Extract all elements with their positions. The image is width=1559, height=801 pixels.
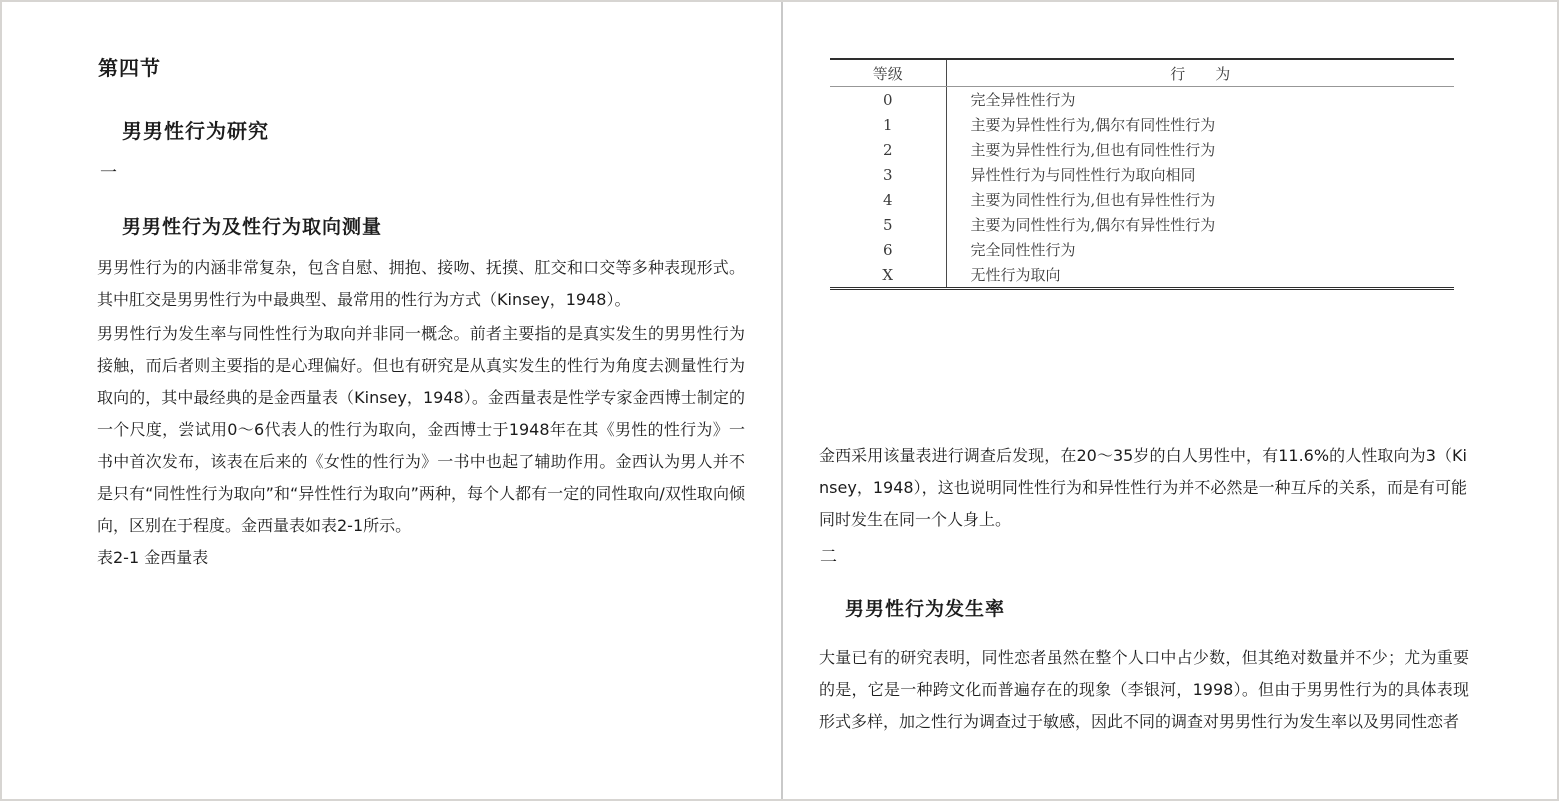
table-row: 5 主要为同性性行为,偶尔有异性性行为: [830, 212, 1454, 237]
behavior-cell: 无性行为取向: [946, 262, 1454, 289]
table-row: 1 主要为异性性行为,偶尔有同性性行为: [830, 112, 1454, 137]
table-row: 2 主要为异性性行为,但也有同性性行为: [830, 137, 1454, 162]
behavior-cell: 主要为同性性行为,但也有异性性行为: [946, 187, 1454, 212]
table-row: X 无性行为取向: [830, 262, 1454, 289]
grade-cell: 4: [830, 187, 946, 212]
paragraph-definition: 男男性行为的内涵非常复杂，包含自慰、拥抱、接吻、抚摸、肛交和口交等多种表现形式。…: [97, 252, 745, 316]
table-row: 4 主要为同性性行为,但也有异性性行为: [830, 187, 1454, 212]
table-row: 0 完全异性性行为: [830, 87, 1454, 113]
chapter-title: 男男性行为研究: [122, 115, 269, 144]
behavior-cell: 主要为同性性行为,偶尔有异性性行为: [946, 212, 1454, 237]
grade-cell: 3: [830, 162, 946, 187]
grade-cell: X: [830, 262, 946, 289]
subsection-two-number: 二: [820, 542, 837, 567]
grade-cell: 1: [830, 112, 946, 137]
paragraph-kinsey-scale: 男男性行为发生率与同性性行为取向并非同一概念。前者主要指的是真实发生的男男性行为…: [97, 318, 745, 542]
section-label: 第四节: [98, 52, 161, 81]
table-header-behavior: 行 为: [946, 59, 1454, 87]
behavior-cell: 主要为异性性行为,偶尔有同性性行为: [946, 112, 1454, 137]
table-caption: 表2-1 金西量表: [97, 546, 208, 570]
grade-cell: 2: [830, 137, 946, 162]
behavior-cell: 主要为异性性行为,但也有同性性行为: [946, 137, 1454, 162]
grade-cell: 0: [830, 87, 946, 113]
paragraph-incidence: 大量已有的研究表明，同性恋者虽然在整个人口中占少数，但其绝对数量并不少；尤为重要…: [819, 642, 1469, 738]
subsection-two-title: 男男性行为发生率: [845, 594, 1005, 621]
subsection-one-title: 男男性行为及性行为取向测量: [122, 212, 382, 239]
behavior-cell: 完全异性性行为: [946, 87, 1454, 113]
page-left: 第四节 男男性行为研究 一 男男性行为及性行为取向测量 男男性行为的内涵非常复杂…: [2, 2, 781, 799]
grade-cell: 6: [830, 237, 946, 262]
document-viewer: 第四节 男男性行为研究 一 男男性行为及性行为取向测量 男男性行为的内涵非常复杂…: [0, 0, 1559, 801]
behavior-cell: 完全同性性行为: [946, 237, 1454, 262]
behavior-cell: 异性性行为与同性性行为取向相同: [946, 162, 1454, 187]
table-row: 3 异性性行为与同性性行为取向相同: [830, 162, 1454, 187]
subsection-one-number: 一: [100, 158, 117, 183]
table-header-grade: 等级: [830, 59, 946, 87]
kinsey-scale-table: 等级 行 为 0 完全异性性行为 1 主要为异性性行为,偶尔有同性性行为 2 主…: [830, 58, 1454, 290]
grade-cell: 5: [830, 212, 946, 237]
table-header-row: 等级 行 为: [830, 59, 1454, 87]
table-row: 6 完全同性性行为: [830, 237, 1454, 262]
paragraph-kinsey-findings: 金西采用该量表进行调查后发现，在20～35岁的白人男性中，有11.6%的人性取向…: [819, 440, 1467, 536]
page-right: 等级 行 为 0 完全异性性行为 1 主要为异性性行为,偶尔有同性性行为 2 主…: [783, 2, 1559, 799]
